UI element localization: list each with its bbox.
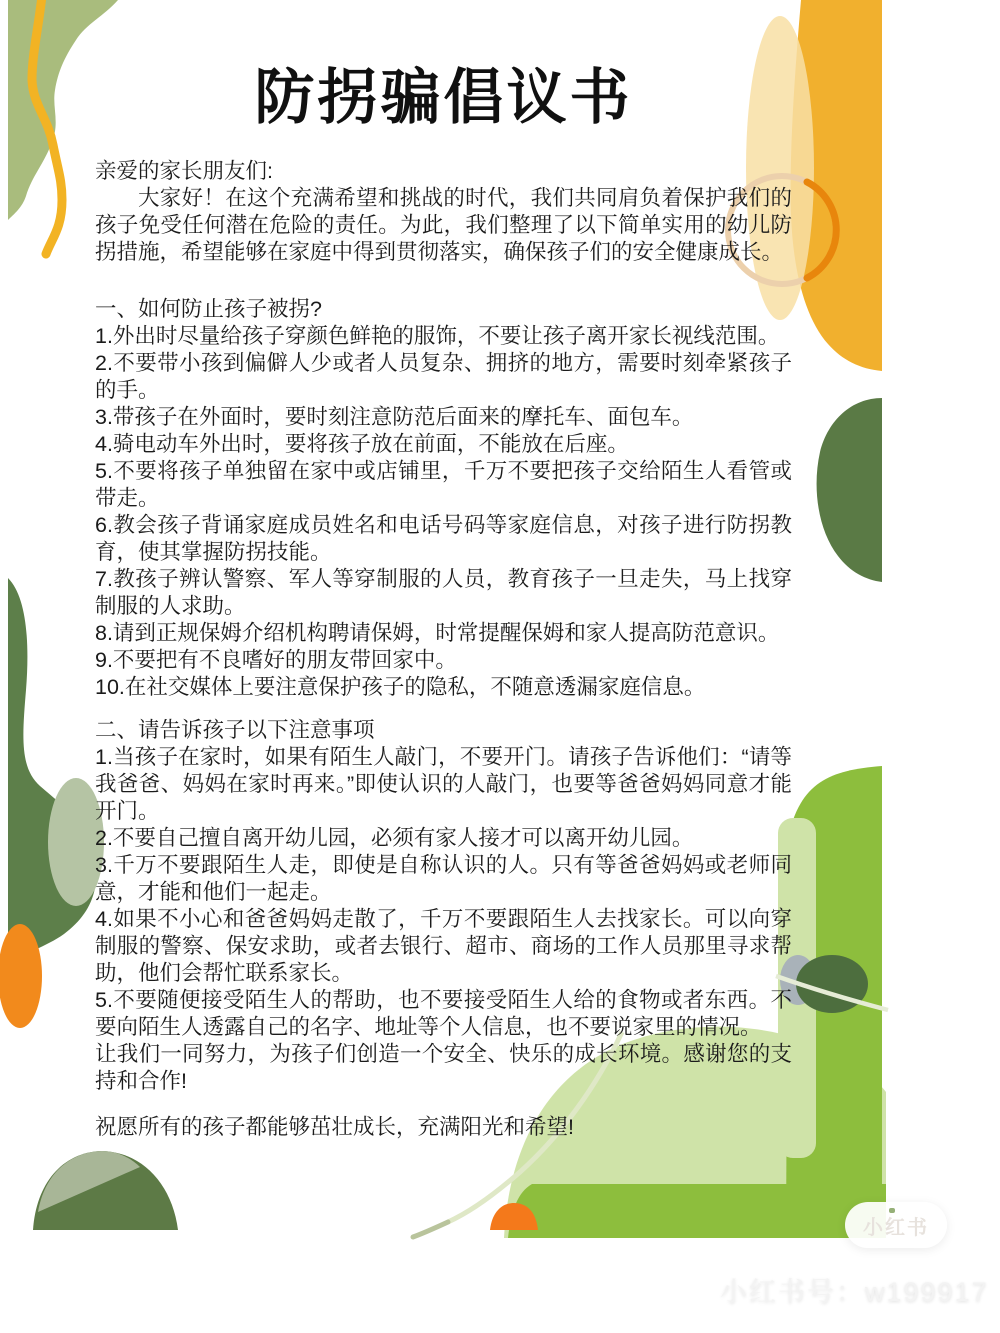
list-item: 7.教孩子辨认警察、军人等穿制服的人员，教育孩子一旦走失，马上找穿制服的人求助。	[95, 566, 792, 620]
page-title: 防拐骗倡议书	[95, 50, 792, 136]
list-item: 5.不要将孩子单独留在家中或店铺里，千万不要把孩子交给陌生人看管或带走。	[95, 458, 792, 512]
list-item: 10.在社交媒体上要注意保护孩子的隐私，不随意透漏家庭信息。	[95, 674, 792, 701]
list-item: 2.不要自己擅自离开幼儿园，必须有家人接才可以离开幼儿园。	[95, 825, 792, 852]
list-item: 9.不要把有不良嗜好的朋友带回家中。	[95, 647, 792, 674]
orange-egg-left	[0, 924, 42, 1028]
list-item: 2.不要带小孩到偏僻人少或者人员复杂、拥挤的地方，需要时刻牵紧孩子的手。	[95, 350, 792, 404]
greeting: 亲爱的家长朋友们:	[95, 158, 792, 185]
olive-blob-left	[8, 578, 96, 968]
long-stem-tail	[413, 1222, 448, 1237]
xiaohongshu-account-watermark: 小红书号：w199917	[720, 1270, 989, 1309]
xiaohongshu-badge-label: 小红书	[863, 1211, 929, 1240]
dark-green-dome-right	[817, 398, 882, 582]
xiaohongshu-logo-icon	[889, 1208, 895, 1213]
list-item: 5.不要随便接受陌生人的帮助，也不要接受陌生人给的食物或者东西。不要向陌生人透露…	[95, 987, 792, 1041]
list-item: 1.外出时尽量给孩子穿颜色鲜艳的服饰，不要让孩子离开家长视线范围。	[95, 323, 792, 350]
list-item: 8.请到正规保姆介绍机构聘请保姆，时常提醒保姆和家人提高防范意识。	[95, 620, 792, 647]
list-item: 4.骑电动车外出时，要将孩子放在前面，不能放在后座。	[95, 431, 792, 458]
intro-paragraph: 大家好！在这个充满希望和挑战的时代，我们共同肩负着保护我们的孩子免受任何潜在危险…	[95, 185, 792, 266]
section2-heading: 二、请告诉孩子以下注意事项	[95, 717, 792, 744]
list-item: 3.千万不要跟陌生人走，即使是自称认识的人。只有等爸爸妈妈或老师同意，才能和他们…	[95, 852, 792, 906]
leaf-dark	[796, 955, 868, 1013]
letter-body: 亲爱的家长朋友们: 大家好！在这个充满希望和挑战的时代，我们共同肩负着保护我们的…	[95, 158, 792, 1141]
section1-heading: 一、如何防止孩子被拐?	[95, 296, 792, 323]
closing-paragraph: 让我们一同努力，为孩子们创造一个安全、快乐的成长环境。感谢您的支持和合作!	[95, 1041, 792, 1095]
list-item: 1.当孩子在家时，如果有陌生人敲门，不要开门。请孩子告诉他们：“请等我爸爸、妈妈…	[95, 744, 792, 825]
wish-line: 祝愿所有的孩子都能够茁壮成长，充满阳光和希望!	[95, 1114, 792, 1141]
list-item: 6.教会孩子背诵家庭成员姓名和电话号码等家庭信息，对孩子进行防拐教育，使其掌握防…	[95, 512, 792, 566]
list-item: 3.带孩子在外面时，要时刻注意防范后面来的摩托车、面包车。	[95, 404, 792, 431]
green-band-bottom	[508, 1184, 886, 1238]
list-item: 4.如果不小心和爸爸妈妈走散了，千万不要跟陌生人去找家长。可以向穿制服的警察、保…	[95, 906, 792, 987]
xiaohongshu-badge: 小红书	[845, 1202, 947, 1248]
